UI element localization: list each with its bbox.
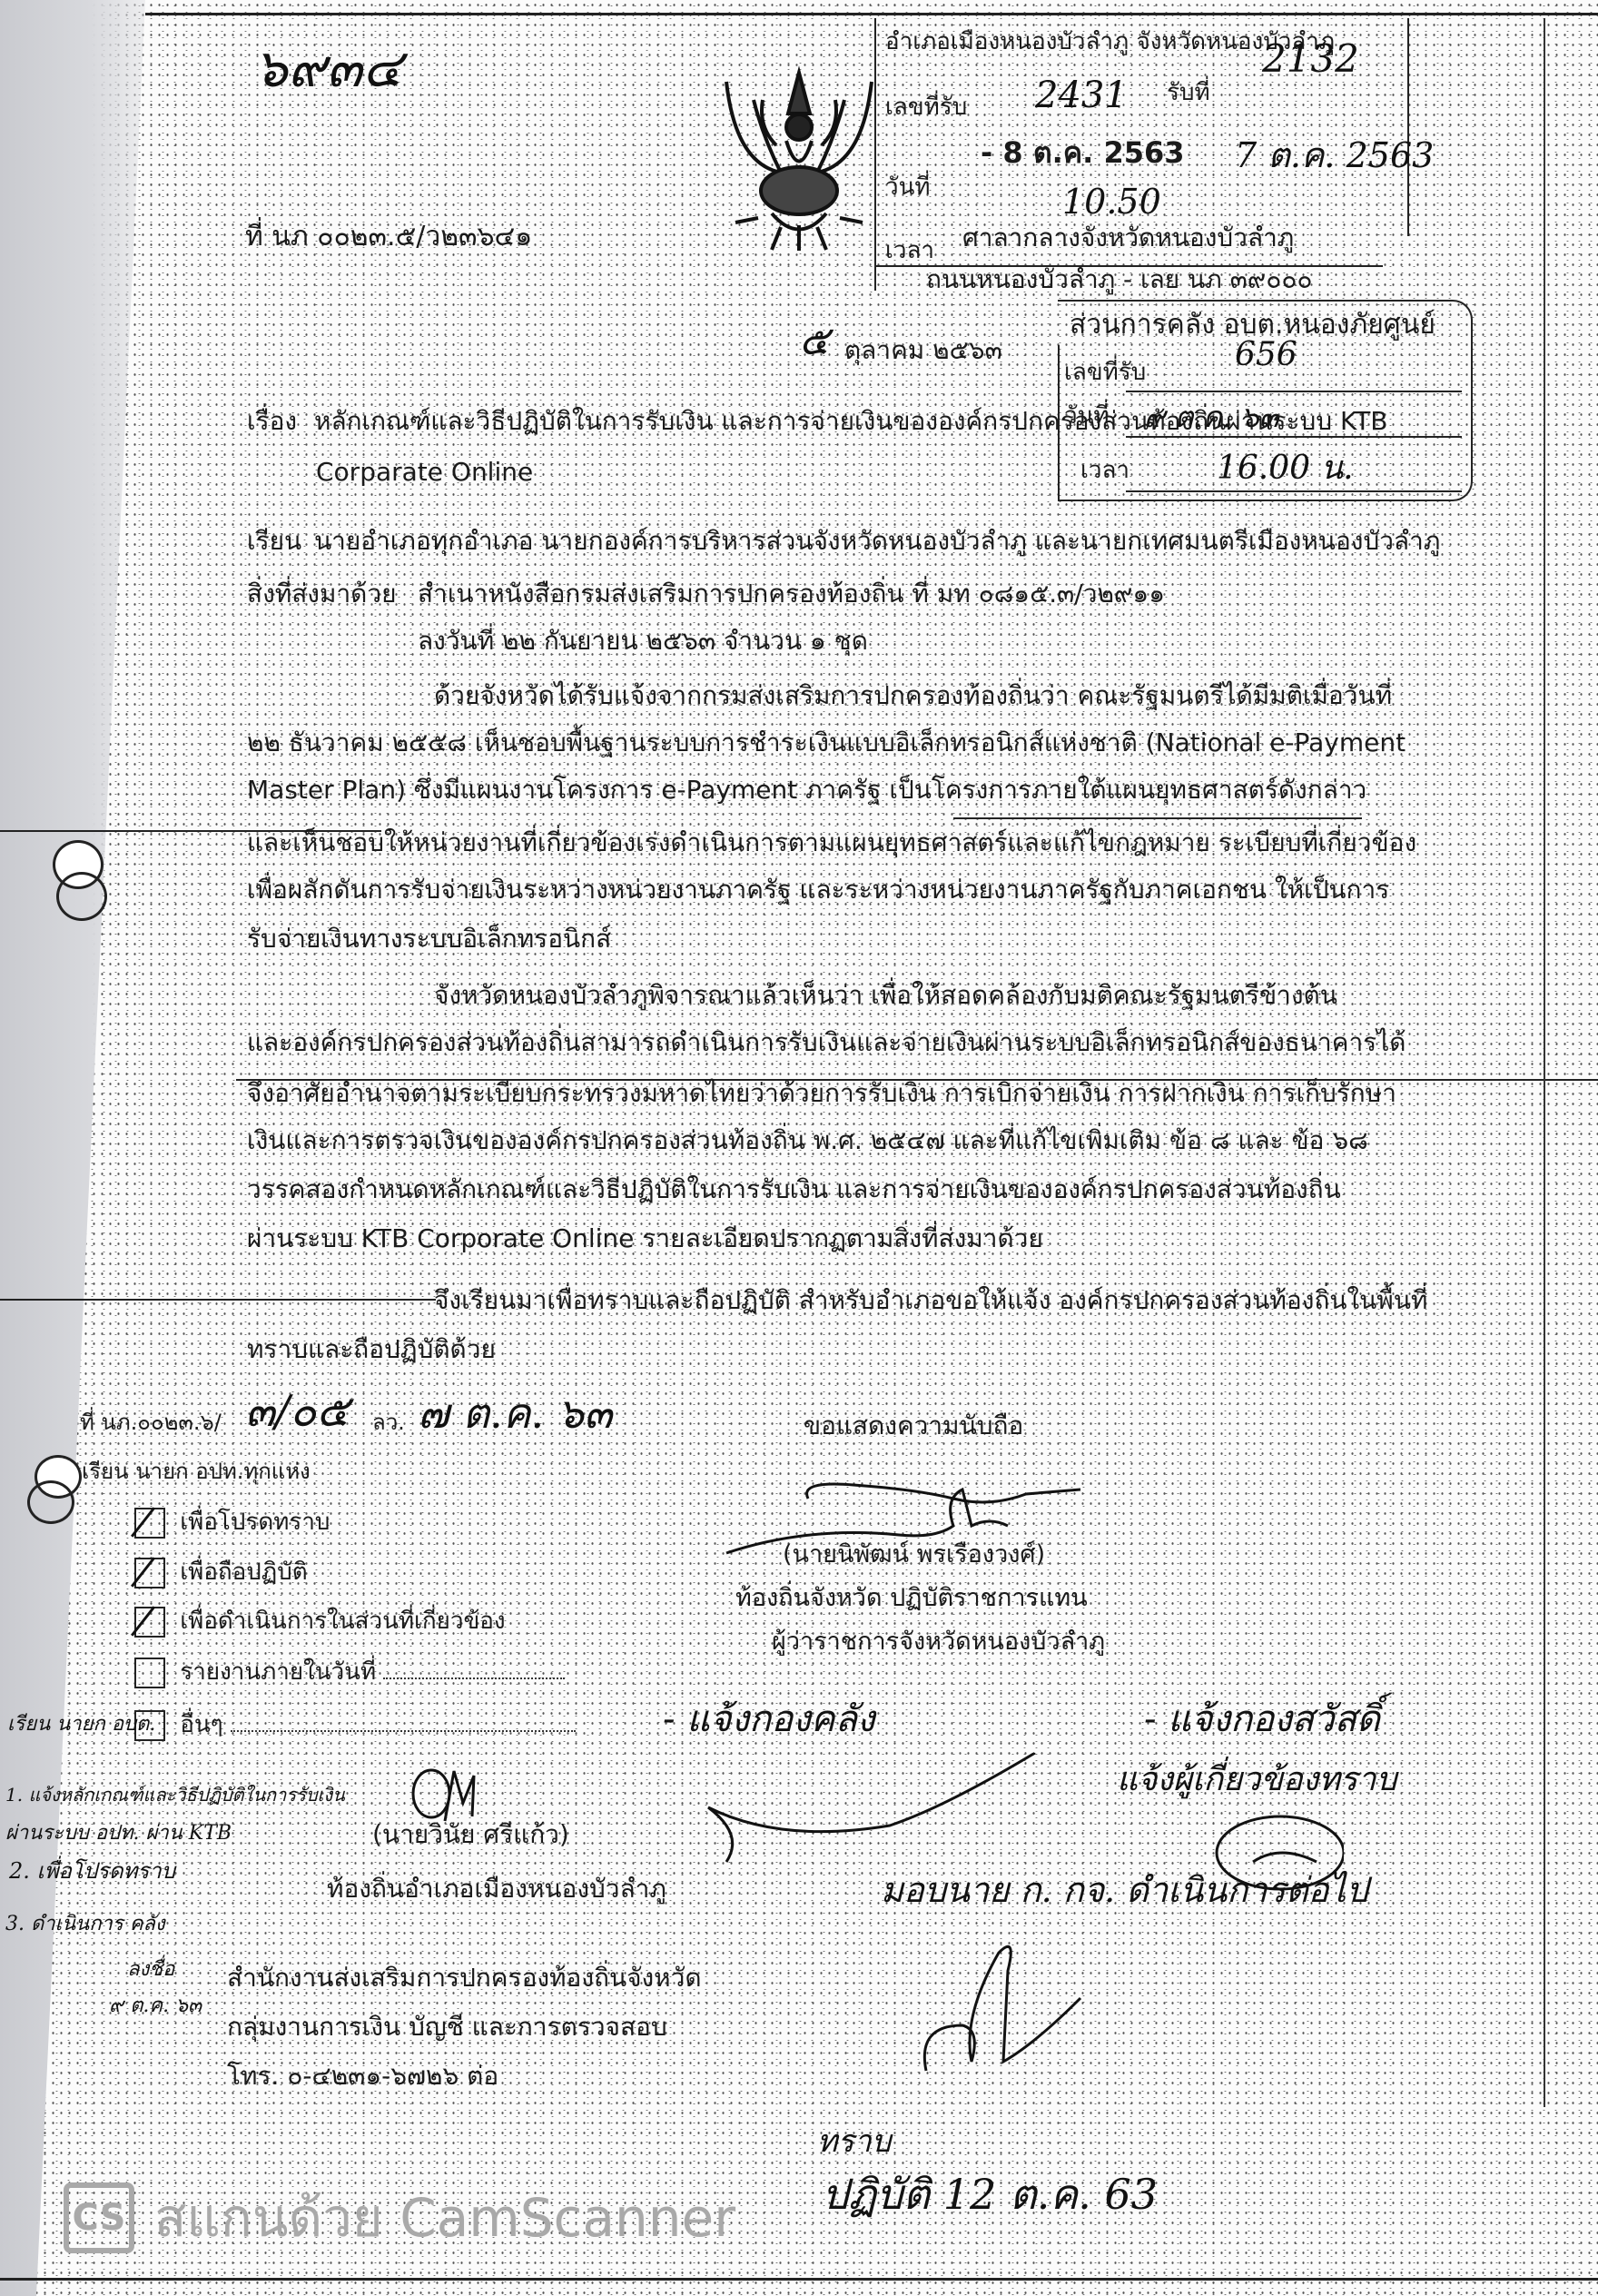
district-stamp-date-value: - 8 ต.ค. 2563 [981,136,1185,169]
margin-rule-2 [0,1299,436,1301]
handwritten-left-note-1: 1. แจ้งหลักเกณฑ์และวิธีปฏิบัติในการรับเง… [5,1780,345,1809]
addressee-label: เรียน [247,525,301,558]
camscanner-watermark-text: สแกนด้วย CamScanner [154,2175,735,2260]
handwritten-note-action-date: ปฏิบัติ 12 ต.ค. 63 [822,2162,1158,2228]
body-p3-line1: จึงเรียนมาเพื่อทราบและถือปฏิบัติ สำหรับอ… [434,1284,1427,1317]
forward-addressee: เรียน นายก อปท.ทุกแห่ง [82,1455,311,1488]
signature-loop-icon [1198,1807,1344,1907]
body-p1-line2: ๒๒ ธันวาคม ๒๕๕๘ เห็นชอบพื้นฐานระบบการชำร… [247,727,1406,759]
body-p2-line2: และองค์กรปกครองส่วนท้องถิ่นสามารถดำเนินก… [247,1026,1406,1059]
punch-hole-2 [56,872,107,921]
bottom-border-line [0,2278,1598,2281]
handwritten-left-note-4: 3. ดำเนินการ คลัง [5,1907,165,1939]
checkbox-row-report[interactable]: รายงานภายในวันที่ [134,1653,565,1690]
body-p2-line6: ผ่านระบบ KTB Corporate Online รายละเอียด… [247,1222,1043,1255]
body-p3-line2: ทราบและถือปฏิบัติด้วย [247,1333,496,1366]
checkbox-row-acknowledge[interactable]: เพื่อโปรดทราบ [134,1503,330,1540]
forward-date-label: ลว. [372,1406,405,1439]
handwritten-note-inform: แจ้งผู้เกี่ยวข้องทราบ [1117,1753,1396,1805]
finance-stamp-receive-label: เลขที่รับ [1064,356,1146,389]
handwritten-left-note-2: ผ่านระบบ อปท. ผ่าน KTB [5,1816,232,1848]
checkbox-report[interactable] [134,1658,165,1688]
sender-address-line2: ถนนหนองบัวลำภู - เลย นภ ๓๙๐๐๐ [926,263,1313,296]
contact-division: กลุ่มงานการเงิน บัญชี และการตรวจสอบ [227,2011,667,2044]
body-p1-line5: เพื่อผลักดันการรับจ่ายเงินระหว่างหน่วยงา… [247,874,1389,906]
body-p2-line4: เงินและการตรวจเงินขององค์กรปกครองส่วนท้อ… [247,1124,1368,1157]
forward-date-handwritten: ๗ ต.ค. ๖๓ [418,1381,612,1447]
handwritten-left-note-0: เรียน นายก อบต. [7,1707,155,1739]
punch-hole-4 [27,1480,74,1524]
handwritten-note-acknowledged: - แจ้งกองสวัสดิ์ [1144,1689,1380,1747]
signatory-title-line1: ท้องถิ่นจังหวัด ปฏิบัติราชการแทน [735,1582,1088,1615]
checkbox-report-label: รายงานภายในวันที่ [180,1658,376,1686]
checkbox-row-proceed[interactable]: เพื่อดำเนินการในส่วนที่เกี่ยวข้อง [134,1602,506,1639]
addressee-text: นายอำเภอทุกอำเภอ นายกองค์การบริหารส่วนจั… [314,525,1440,558]
top-border-line [145,13,1598,15]
body-p2-line5: วรรคสองกำหนดหลักเกณฑ์และวิธีปฏิบัติในการ… [247,1173,1341,1206]
checkbox-other-label: อื่นๆ [180,1711,222,1738]
subject-text-line2: Corparate Online [316,456,533,489]
signature-district-icon [409,1762,481,1826]
document-date-month-year: ตุลาคม ๒๕๖๓ [844,334,1002,367]
finance-stamp-time-value: 16.00 น. [1217,441,1354,493]
sender-address-line1: ศาลากลางจังหวัดหนองบัวลำภู [962,222,1294,254]
enclosure-label: สิ่งที่ส่งมาด้วย [247,578,396,610]
scanned-document-page: ๖๙๓๔ ที่ นภ ๐๐๒๓.๕/ว๒๓๖๔๑ อำเภอเมืองหนอง… [0,0,1598,2296]
district-stamp-receive-label: เลขที่รับ [885,91,967,124]
handwritten-left-note-6: ๙ ต.ค. ๖๓ [109,1989,202,2021]
district-signer-title: ท้องถิ่นอำเภอเมืองหนองบัวลำภู [327,1873,666,1905]
handwritten-note-ack: ทราบ [817,2116,891,2165]
finance-stamp-time-label: เวลา [1080,454,1129,487]
enclosure-text-line1: สำเนาหนังสือกรมส่งเสริมการปกครองท้องถิ่น… [418,578,1165,610]
checkbox-acknowledge-label: เพื่อโปรดทราบ [180,1509,330,1536]
district-stamp-time-value: 10.50 [1062,182,1161,222]
handwritten-left-note-3: 2. เพื่อโปรดทราบ [9,1853,175,1888]
contact-office: สำนักงานส่งเสริมการปกครองท้องถิ่นจังหวัด [227,1962,702,1994]
district-stamp-receive-value: 2431 [1035,74,1128,116]
camscanner-logo-icon: CS [64,2182,134,2253]
garuda-emblem-icon [708,64,890,254]
signatory-name: (นายนิพัฒน์ พรเรืองวงศ์) [783,1539,1045,1571]
forward-ref: ที่ นภ.๐๐๒๓.๖/ [80,1406,222,1439]
right-edge-line [1544,18,1545,2107]
contact-phone: โทร. ๐-๔๒๓๑-๖๗๒๖ ต่อ [227,2060,498,2093]
checkbox-row-other[interactable]: อื่นๆ [134,1706,576,1743]
underline-strategy [953,817,1362,819]
district-stamp-second-label: รับที่ [1167,76,1210,109]
handwritten-note-finance: - แจ้งกองคลัง [663,1689,875,1747]
signature-executive-icon [908,1925,1090,2089]
subject-text-line1: หลักเกณฑ์และวิธีปฏิบัติในการรับเงิน และก… [314,405,1388,438]
district-stamp-time-label: เวลา [885,234,934,267]
body-p2-line3: จึงอาศัยอำนาจตามระเบียบกระทรวงมหาดไทยว่า… [247,1077,1396,1110]
handwritten-left-note-5: ลงชื่อ [127,1953,174,1984]
checkbox-comply[interactable] [134,1558,165,1588]
handwritten-registration-number: ๖๙๓๔ [254,25,402,110]
signatory-title-line2: ผู้ว่าราชการจังหวัดหนองบัวลำภู [772,1626,1105,1658]
checkbox-acknowledge[interactable] [134,1508,165,1539]
document-date-day: ๕ [799,309,829,372]
stamp-left-border [874,18,876,291]
body-p1-line3: Master Plan) ซึ่งมีแผนงานโครงการ e-Payme… [247,774,1366,807]
page-curl-shadow [0,0,182,2296]
body-p2-line1: จังหวัดหนองบัวลำภูพิจารณาแล้วเห็นว่า เพื… [434,979,1337,1012]
camscanner-watermark: CS สแกนด้วย CamScanner [64,2175,735,2260]
checkbox-proceed-label: เพื่อดำเนินการในส่วนที่เกี่ยวข้อง [180,1608,505,1635]
reference-number: ที่ นภ ๐๐๒๓.๕/ว๒๓๖๔๑ [245,221,532,253]
checkbox-row-comply[interactable]: เพื่อถือปฏิบัติ [134,1553,308,1590]
body-p1-line6: รับจ่ายเงินทางระบบอิเล็กทรอนิกส์ [247,923,611,955]
closing-text: ขอแสดงความนับถือ [804,1410,1023,1442]
body-p1-line1: ด้วยจังหวัดได้รับแจ้งจากกรมส่งเสริมการปก… [434,679,1392,712]
finance-stamp-receive-value: 656 [1235,336,1297,373]
district-stamp-date-value-2: 7 ต.ค. 2563 [1235,127,1434,183]
finance-stamp-line-1 [1126,391,1462,392]
finance-stamp-line-3 [1126,490,1462,492]
district-signer-name: (นายวินัย ศรีแก้ว) [372,1818,569,1851]
checkbox-comply-label: เพื่อถือปฏิบัติ [180,1559,307,1586]
checkbox-proceed[interactable] [134,1607,165,1638]
subject-label: เรื่อง [247,405,297,438]
body-p1-line4: และเห็นชอบให้หน่วยงานที่เกี่ยวข้องเร่งดำ… [247,826,1416,859]
district-stamp-date-label: วันที่ [885,171,931,203]
district-stamp-second-value: 2132 [1262,36,1359,81]
handwritten-arrow-icon [672,1753,1053,1871]
enclosure-text-line2: ลงวันที่ ๒๒ กันยายน ๒๕๖๓ จำนวน ๑ ชุด [418,625,868,658]
forward-ref-handwritten: ๓/๐๕ [245,1377,350,1446]
